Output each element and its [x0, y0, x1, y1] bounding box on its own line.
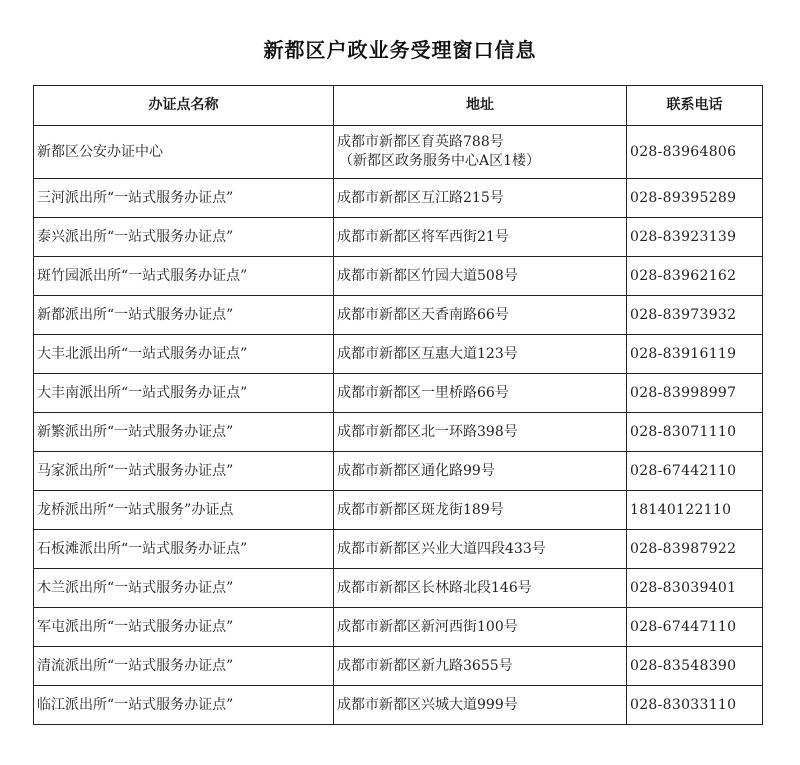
table-row: 三河派出所“一站式服务办证点” 成都市新都区互江路215号 028-893952…	[34, 179, 763, 218]
table-row: 新都派出所“一站式服务办证点” 成都市新都区天香南路66号 028-839739…	[34, 296, 763, 335]
phone-cell: 028-83923139	[627, 218, 763, 257]
phone-cell: 028-83039401	[627, 569, 763, 608]
office-name-cell: 木兰派出所“一站式服务办证点”	[34, 569, 334, 608]
table-row: 马家派出所“一站式服务办证点” 成都市新都区通化路99号 028-6744211…	[34, 452, 763, 491]
address-cell: 成都市新都区北一环路398号	[334, 413, 627, 452]
table-row: 大丰南派出所“一站式服务办证点” 成都市新都区一里桥路66号 028-83998…	[34, 374, 763, 413]
phone-cell: 028-83916119	[627, 335, 763, 374]
phone-cell: 028-83033110	[627, 686, 763, 725]
office-name-cell: 龙桥派出所“一站式服务”办证点	[34, 491, 334, 530]
address-cell: 成都市新都区将军西街21号	[334, 218, 627, 257]
page-title: 新都区户政业务受理窗口信息	[0, 34, 800, 63]
office-name-cell: 大丰南派出所“一站式服务办证点”	[34, 374, 334, 413]
address-cell: 成都市新都区竹园大道508号	[334, 257, 627, 296]
phone-cell: 18140122110	[627, 491, 763, 530]
address-cell: 成都市新都区互江路215号	[334, 179, 627, 218]
table-row: 泰兴派出所“一站式服务办证点” 成都市新都区将军西街21号 028-839231…	[34, 218, 763, 257]
office-name-cell: 大丰北派出所“一站式服务办证点”	[34, 335, 334, 374]
table-row: 龙桥派出所“一站式服务”办证点 成都市新都区斑龙街189号 1814012211…	[34, 491, 763, 530]
address-cell: 成都市新都区新河西街100号	[334, 608, 627, 647]
phone-cell: 028-83973932	[627, 296, 763, 335]
table-row: 临江派出所“一站式服务办证点” 成都市新都区兴城大道999号 028-83033…	[34, 686, 763, 725]
office-name-cell: 临江派出所“一站式服务办证点”	[34, 686, 334, 725]
office-name-cell: 石板滩派出所“一站式服务办证点”	[34, 530, 334, 569]
phone-cell: 028-67442110	[627, 452, 763, 491]
table-row: 清流派出所“一站式服务办证点” 成都市新都区新九路3655号 028-83548…	[34, 647, 763, 686]
address-cell: 成都市新都区通化路99号	[334, 452, 627, 491]
office-name-cell: 新都区公安办证中心	[34, 126, 334, 179]
office-name-cell: 新繁派出所“一站式服务办证点”	[34, 413, 334, 452]
address-cell: 成都市新都区兴城大道999号	[334, 686, 627, 725]
address-cell: 成都市新都区兴业大道四段433号	[334, 530, 627, 569]
table-row: 木兰派出所“一站式服务办证点” 成都市新都区长林路北段146号 028-8303…	[34, 569, 763, 608]
service-window-table: 办证点名称 地址 联系电话 新都区公安办证中心 成都市新都区育英路788号 （新…	[33, 85, 763, 725]
header-phone: 联系电话	[627, 86, 763, 126]
address-cell: 成都市新都区育英路788号 （新都区政务服务中心A区1楼）	[334, 126, 627, 179]
office-name-cell: 斑竹园派出所“一站式服务办证点”	[34, 257, 334, 296]
phone-cell: 028-83962162	[627, 257, 763, 296]
table-row: 新都区公安办证中心 成都市新都区育英路788号 （新都区政务服务中心A区1楼） …	[34, 126, 763, 179]
table-row: 军屯派出所“一站式服务办证点” 成都市新都区新河西街100号 028-67447…	[34, 608, 763, 647]
table-row: 斑竹园派出所“一站式服务办证点” 成都市新都区竹园大道508号 028-8396…	[34, 257, 763, 296]
phone-cell: 028-89395289	[627, 179, 763, 218]
office-name-cell: 马家派出所“一站式服务办证点”	[34, 452, 334, 491]
phone-cell: 028-67447110	[627, 608, 763, 647]
address-cell: 成都市新都区一里桥路66号	[334, 374, 627, 413]
table-row: 石板滩派出所“一站式服务办证点” 成都市新都区兴业大道四段433号 028-83…	[34, 530, 763, 569]
phone-cell: 028-83071110	[627, 413, 763, 452]
address-cell: 成都市新都区长林路北段146号	[334, 569, 627, 608]
address-cell: 成都市新都区互惠大道123号	[334, 335, 627, 374]
address-line2: （新都区政务服务中心A区1楼）	[337, 152, 623, 171]
office-name-cell: 清流派出所“一站式服务办证点”	[34, 647, 334, 686]
table-row: 大丰北派出所“一站式服务办证点” 成都市新都区互惠大道123号 028-8391…	[34, 335, 763, 374]
office-name-cell: 军屯派出所“一站式服务办证点”	[34, 608, 334, 647]
phone-cell: 028-83964806	[627, 126, 763, 179]
phone-cell: 028-83998997	[627, 374, 763, 413]
header-office-name: 办证点名称	[34, 86, 334, 126]
address-line1: 成都市新都区育英路788号	[337, 134, 504, 150]
phone-cell: 028-83548390	[627, 647, 763, 686]
office-name-cell: 新都派出所“一站式服务办证点”	[34, 296, 334, 335]
phone-cell: 028-83987922	[627, 530, 763, 569]
office-name-cell: 泰兴派出所“一站式服务办证点”	[34, 218, 334, 257]
address-cell: 成都市新都区新九路3655号	[334, 647, 627, 686]
table-row: 新繁派出所“一站式服务办证点” 成都市新都区北一环路398号 028-83071…	[34, 413, 763, 452]
address-cell: 成都市新都区天香南路66号	[334, 296, 627, 335]
office-name-cell: 三河派出所“一站式服务办证点”	[34, 179, 334, 218]
header-address: 地址	[334, 86, 627, 126]
table-header-row: 办证点名称 地址 联系电话	[34, 86, 763, 126]
address-cell: 成都市新都区斑龙街189号	[334, 491, 627, 530]
